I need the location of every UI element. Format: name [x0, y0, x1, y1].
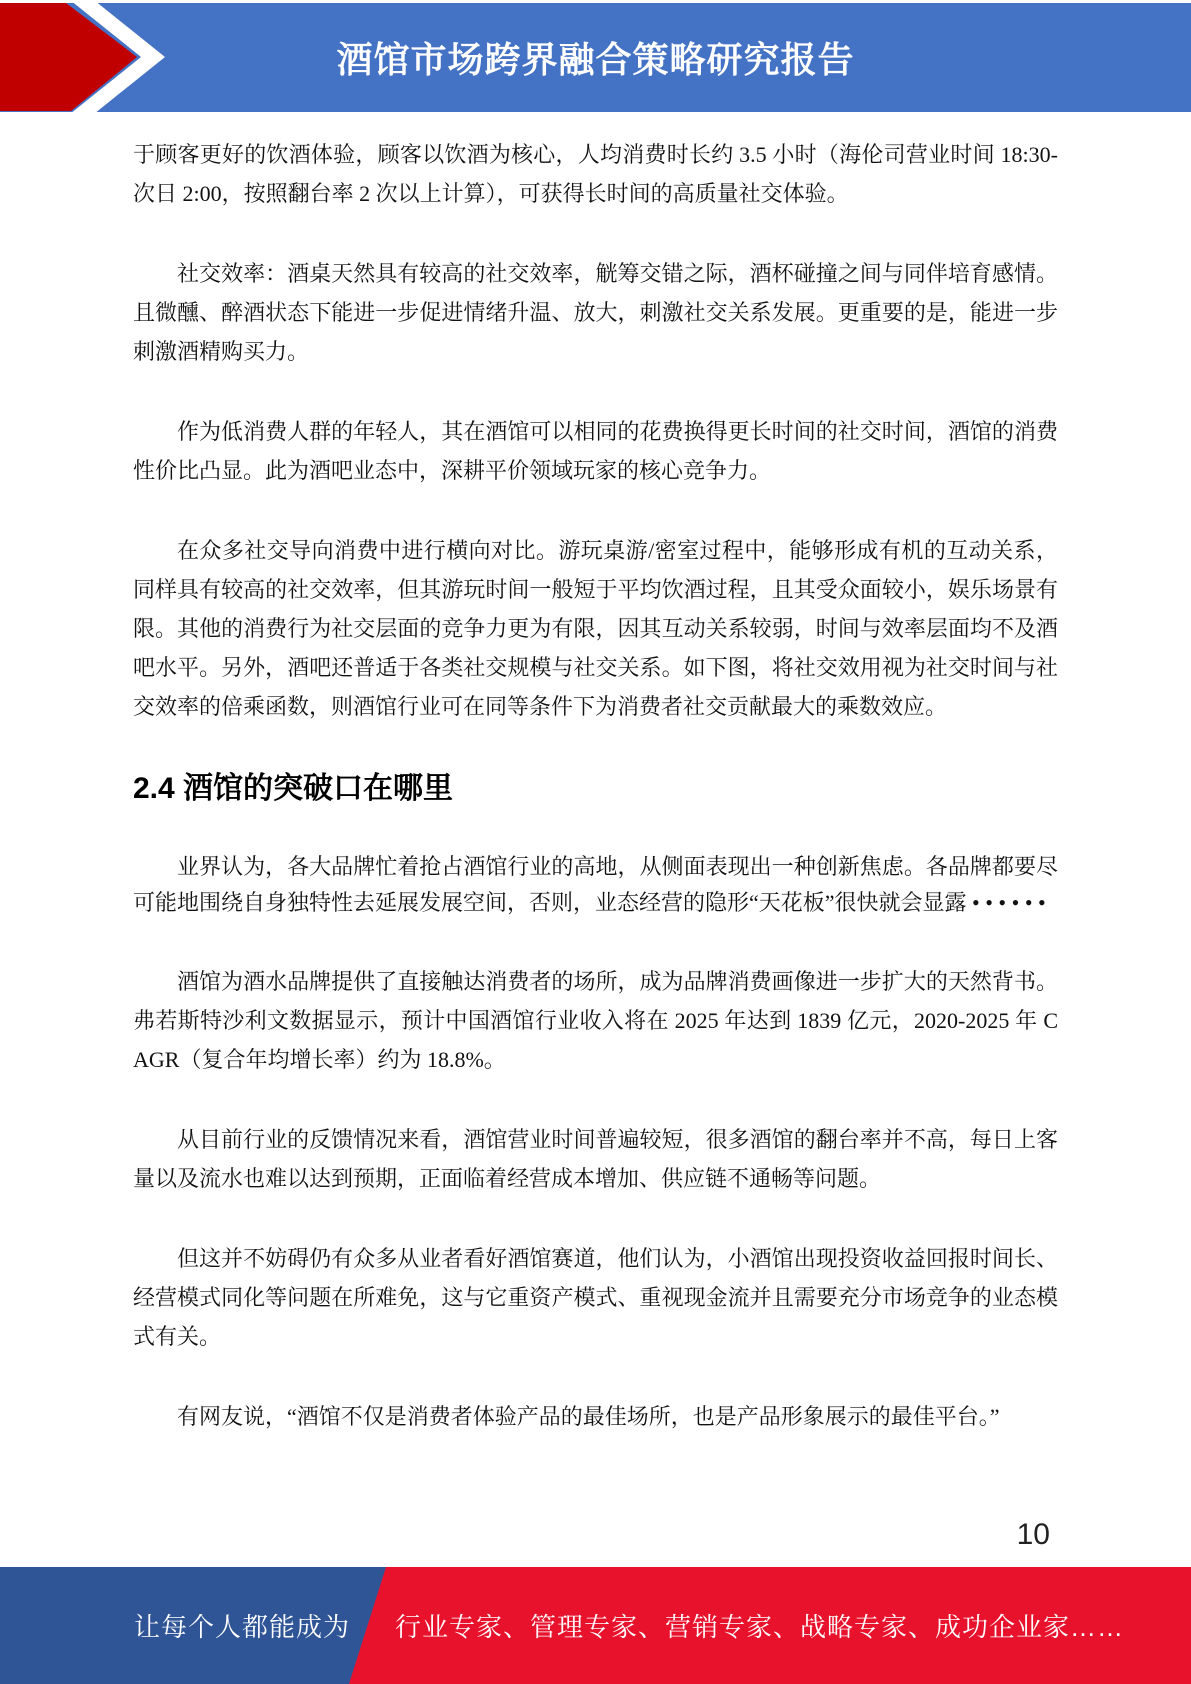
footer-blue-wedge: 让每个人都能成为 — [0, 1567, 386, 1684]
body-paragraph: 酒馆为酒水品牌提供了直接触达消费者的场所，成为品牌消费画像进一步扩大的天然背书。… — [133, 962, 1058, 1079]
body-paragraph: 作为低消费人群的年轻人，其在酒馆可以相同的花费换得更长时间的社交时间，酒馆的消费… — [133, 412, 1058, 490]
body-paragraph: 在众多社交导向消费中进行横向对比。游玩桌游/密室过程中，能够形成有机的互动关系，… — [133, 531, 1058, 726]
body-paragraph: 业界认为，各大品牌忙着抢占酒馆行业的高地，从侧面表现出一种创新焦虑。各品牌都要尽… — [133, 849, 1058, 921]
page-title: 酒馆市场跨界融合策略研究报告 — [336, 32, 854, 83]
body-paragraph: 于顾客更好的饮酒体验，顾客以饮酒为核心，人均消费时长约 3.5 小时（海伦司营业… — [133, 135, 1058, 213]
page-footer: 让每个人都能成为 行业专家、管理专家、营销专家、战略专家、成功企业家…… — [0, 1567, 1191, 1684]
body-paragraph: 但这并不妨碍仍有众多从业者看好酒馆赛道，他们认为，小酒馆出现投资收益回报时间长、… — [133, 1239, 1058, 1356]
section-heading: 2.4 酒馆的突破口在哪里 — [133, 767, 1058, 811]
body-paragraph: 有网友说，“酒馆不仅是消费者体验产品的最佳场所，也是产品形象展示的最佳平台。” — [133, 1397, 1058, 1436]
body-paragraph: 社交效率：酒桌天然具有较高的社交效率，觥筹交错之际，酒杯碰撞之间与同伴培育感情。… — [133, 254, 1058, 371]
page-header: 酒馆市场跨界融合策略研究报告 — [0, 3, 1191, 112]
report-page: 酒馆市场跨界融合策略研究报告 于顾客更好的饮酒体验，顾客以饮酒为核心，人均消费时… — [0, 0, 1191, 1684]
document-body: 于顾客更好的饮酒体验，顾客以饮酒为核心，人均消费时长约 3.5 小时（海伦司营业… — [133, 135, 1058, 1477]
footer-slogan-left: 让每个人都能成为 — [134, 1607, 350, 1644]
page-number: 10 — [1017, 1518, 1050, 1552]
body-paragraph: 从目前行业的反馈情况来看，酒馆营业时间普遍较短，很多酒馆的翻台率并不高，每日上客… — [133, 1120, 1058, 1198]
footer-slogan-right: 行业专家、管理专家、营销专家、战略专家、成功企业家…… — [395, 1567, 1124, 1684]
